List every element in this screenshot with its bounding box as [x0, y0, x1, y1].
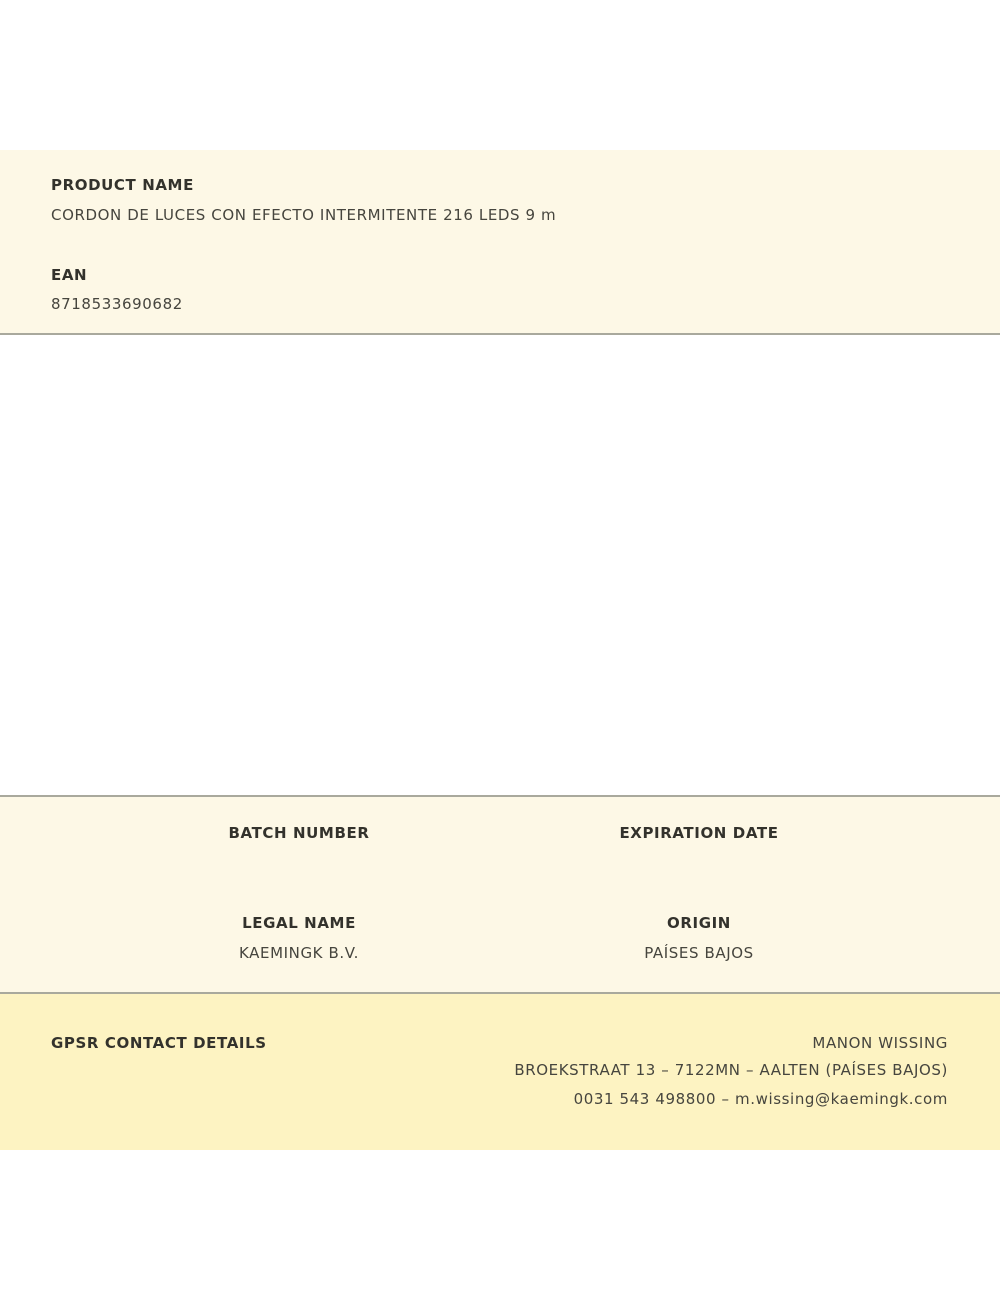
- legal-name-value: KAEMINGK B.V.: [239, 944, 359, 962]
- contact-phone-email: 0031 543 498800 – m.wissing@kaemingk.com: [574, 1090, 948, 1108]
- product-name-label: PRODUCT NAME: [51, 176, 194, 194]
- product-info-panel: PRODUCT NAME CORDON DE LUCES CON EFECTO …: [0, 150, 1000, 335]
- contact-person-name: MANON WISSING: [812, 1034, 948, 1052]
- origin-label: ORIGIN: [667, 914, 731, 932]
- ean-value: 8718533690682: [51, 295, 183, 313]
- contact-address: BROEKSTRAAT 13 – 7122MN – AALTEN (PAÍSES…: [514, 1061, 948, 1079]
- product-details-panel: BATCH NUMBER EXPIRATION DATE LEGAL NAME …: [0, 795, 1000, 994]
- gpsr-contact-label: GPSR CONTACT DETAILS: [51, 1034, 267, 1052]
- ean-label: EAN: [51, 266, 87, 284]
- origin-value: PAÍSES BAJOS: [644, 944, 754, 962]
- gpsr-contact-panel: GPSR CONTACT DETAILS MANON WISSING BROEK…: [0, 994, 1000, 1150]
- batch-number-label: BATCH NUMBER: [229, 824, 370, 842]
- legal-name-label: LEGAL NAME: [242, 914, 356, 932]
- product-name-value: CORDON DE LUCES CON EFECTO INTERMITENTE …: [51, 206, 556, 224]
- expiration-date-label: EXPIRATION DATE: [619, 824, 778, 842]
